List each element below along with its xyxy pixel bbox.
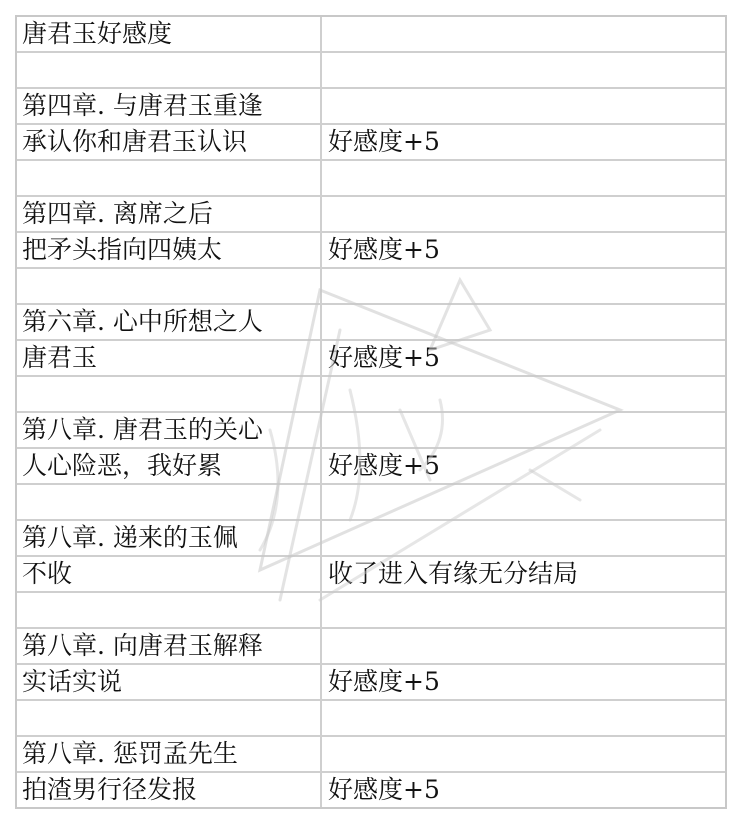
chapter-cell[interactable]: 第八章. 唐君玉的关心 bbox=[17, 413, 322, 447]
effect-cell[interactable] bbox=[322, 305, 725, 339]
effect-cell[interactable] bbox=[322, 413, 725, 447]
effect-cell[interactable]: 好感度+5 bbox=[322, 449, 725, 483]
effect-cell[interactable] bbox=[322, 161, 725, 195]
effect-cell[interactable] bbox=[322, 593, 725, 627]
effect-cell[interactable]: 好感度+5 bbox=[322, 125, 725, 159]
effect-cell[interactable] bbox=[322, 89, 725, 123]
chapter-cell[interactable]: 第四章. 与唐君玉重逢 bbox=[17, 89, 322, 123]
table-row: 第八章. 递来的玉佩 bbox=[17, 519, 725, 555]
choice-cell[interactable]: 实话实说 bbox=[17, 665, 322, 699]
choice-cell[interactable]: 把矛头指向四姨太 bbox=[17, 233, 322, 267]
table-row: 唐君玉好感度+5 bbox=[17, 339, 725, 375]
effect-cell[interactable] bbox=[322, 269, 725, 303]
table-row bbox=[17, 159, 725, 195]
table-row: 把矛头指向四姨太好感度+5 bbox=[17, 231, 725, 267]
chapter-cell[interactable]: 第六章. 心中所想之人 bbox=[17, 305, 322, 339]
choice-cell[interactable] bbox=[17, 53, 322, 87]
table-row bbox=[17, 699, 725, 735]
table-row: 第四章. 离席之后 bbox=[17, 195, 725, 231]
choice-cell[interactable] bbox=[17, 377, 322, 411]
chapter-cell[interactable]: 第八章. 递来的玉佩 bbox=[17, 521, 322, 555]
table-row: 实话实说好感度+5 bbox=[17, 663, 725, 699]
table-row: 第四章. 与唐君玉重逢 bbox=[17, 87, 725, 123]
table-row: 承认你和唐君玉认识好感度+5 bbox=[17, 123, 725, 159]
effect-cell[interactable]: 好感度+5 bbox=[322, 233, 725, 267]
choice-cell[interactable] bbox=[17, 485, 322, 519]
effect-cell[interactable] bbox=[322, 521, 725, 555]
table-row: 唐君玉好感度 bbox=[17, 17, 725, 51]
table-row: 人心险恶，我好累好感度+5 bbox=[17, 447, 725, 483]
table-row: 第八章. 唐君玉的关心 bbox=[17, 411, 725, 447]
table-row bbox=[17, 591, 725, 627]
choice-cell[interactable]: 唐君玉好感度 bbox=[17, 17, 322, 51]
choice-cell[interactable]: 承认你和唐君玉认识 bbox=[17, 125, 322, 159]
effect-cell[interactable] bbox=[322, 485, 725, 519]
table-row: 第八章. 向唐君玉解释 bbox=[17, 627, 725, 663]
choice-cell[interactable]: 人心险恶，我好累 bbox=[17, 449, 322, 483]
chapter-cell[interactable]: 第八章. 惩罚孟先生 bbox=[17, 737, 322, 771]
table-row: 拍渣男行径发报好感度+5 bbox=[17, 771, 725, 807]
effect-cell[interactable] bbox=[322, 629, 725, 663]
table-row bbox=[17, 375, 725, 411]
choice-cell[interactable] bbox=[17, 593, 322, 627]
effect-cell[interactable] bbox=[322, 53, 725, 87]
table-row bbox=[17, 51, 725, 87]
effect-cell[interactable] bbox=[322, 701, 725, 735]
table-row: 第八章. 惩罚孟先生 bbox=[17, 735, 725, 771]
choice-cell[interactable] bbox=[17, 161, 322, 195]
table-row: 第六章. 心中所想之人 bbox=[17, 303, 725, 339]
chapter-cell[interactable]: 第八章. 向唐君玉解释 bbox=[17, 629, 322, 663]
effect-cell[interactable] bbox=[322, 377, 725, 411]
effect-cell[interactable] bbox=[322, 197, 725, 231]
table-row bbox=[17, 483, 725, 519]
effect-cell[interactable] bbox=[322, 737, 725, 771]
effect-cell[interactable]: 收了进入有缘无分结局 bbox=[322, 557, 725, 591]
table-row: 不收收了进入有缘无分结局 bbox=[17, 555, 725, 591]
choice-cell[interactable] bbox=[17, 269, 322, 303]
effect-cell[interactable]: 好感度+5 bbox=[322, 665, 725, 699]
effect-cell[interactable] bbox=[322, 17, 725, 51]
choice-cell[interactable] bbox=[17, 701, 322, 735]
choice-cell[interactable]: 不收 bbox=[17, 557, 322, 591]
effect-cell[interactable]: 好感度+5 bbox=[322, 341, 725, 375]
effect-cell[interactable]: 好感度+5 bbox=[322, 773, 725, 807]
chapter-cell[interactable]: 第四章. 离席之后 bbox=[17, 197, 322, 231]
table-row bbox=[17, 267, 725, 303]
choice-cell[interactable]: 拍渣男行径发报 bbox=[17, 773, 322, 807]
choice-cell[interactable]: 唐君玉 bbox=[17, 341, 322, 375]
spreadsheet-table: 唐君玉好感度 第四章. 与唐君玉重逢 承认你和唐君玉认识好感度+5 第四章. 离… bbox=[15, 15, 727, 809]
